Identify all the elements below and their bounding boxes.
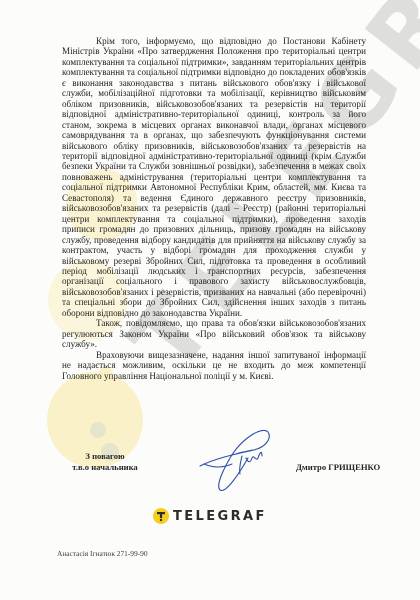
paragraph-conclusion: Враховуючи вищезазначене, надання іншої … <box>62 350 366 381</box>
letter-body: Крім того, інформуємо, що відповідно до … <box>62 36 366 381</box>
telegraf-logo-icon <box>153 508 169 524</box>
signer-name: Дмитро ГРИЩЕНКО <box>296 462 380 472</box>
document-page: TELEGRAF Крім того, інформуємо, що відпо… <box>0 0 420 600</box>
paragraph-law-reference: Також, повідомляємо, що права та обов'яз… <box>62 318 366 349</box>
closing-regards: З повагою <box>60 451 150 462</box>
signature-icon <box>196 428 276 494</box>
signer-title: т.в.о начальника <box>60 462 150 473</box>
paragraph-tsk-duties: Крім того, інформуємо, що відповідно до … <box>62 36 366 318</box>
telegraf-logo: TELEGRAF <box>153 508 267 524</box>
executor-contact: Анастасія Ігнатюк 271-99-90 <box>57 549 148 558</box>
closing-block: З повагою т.в.о начальника <box>60 451 150 473</box>
telegraf-logo-text: TELEGRAF <box>173 509 267 524</box>
